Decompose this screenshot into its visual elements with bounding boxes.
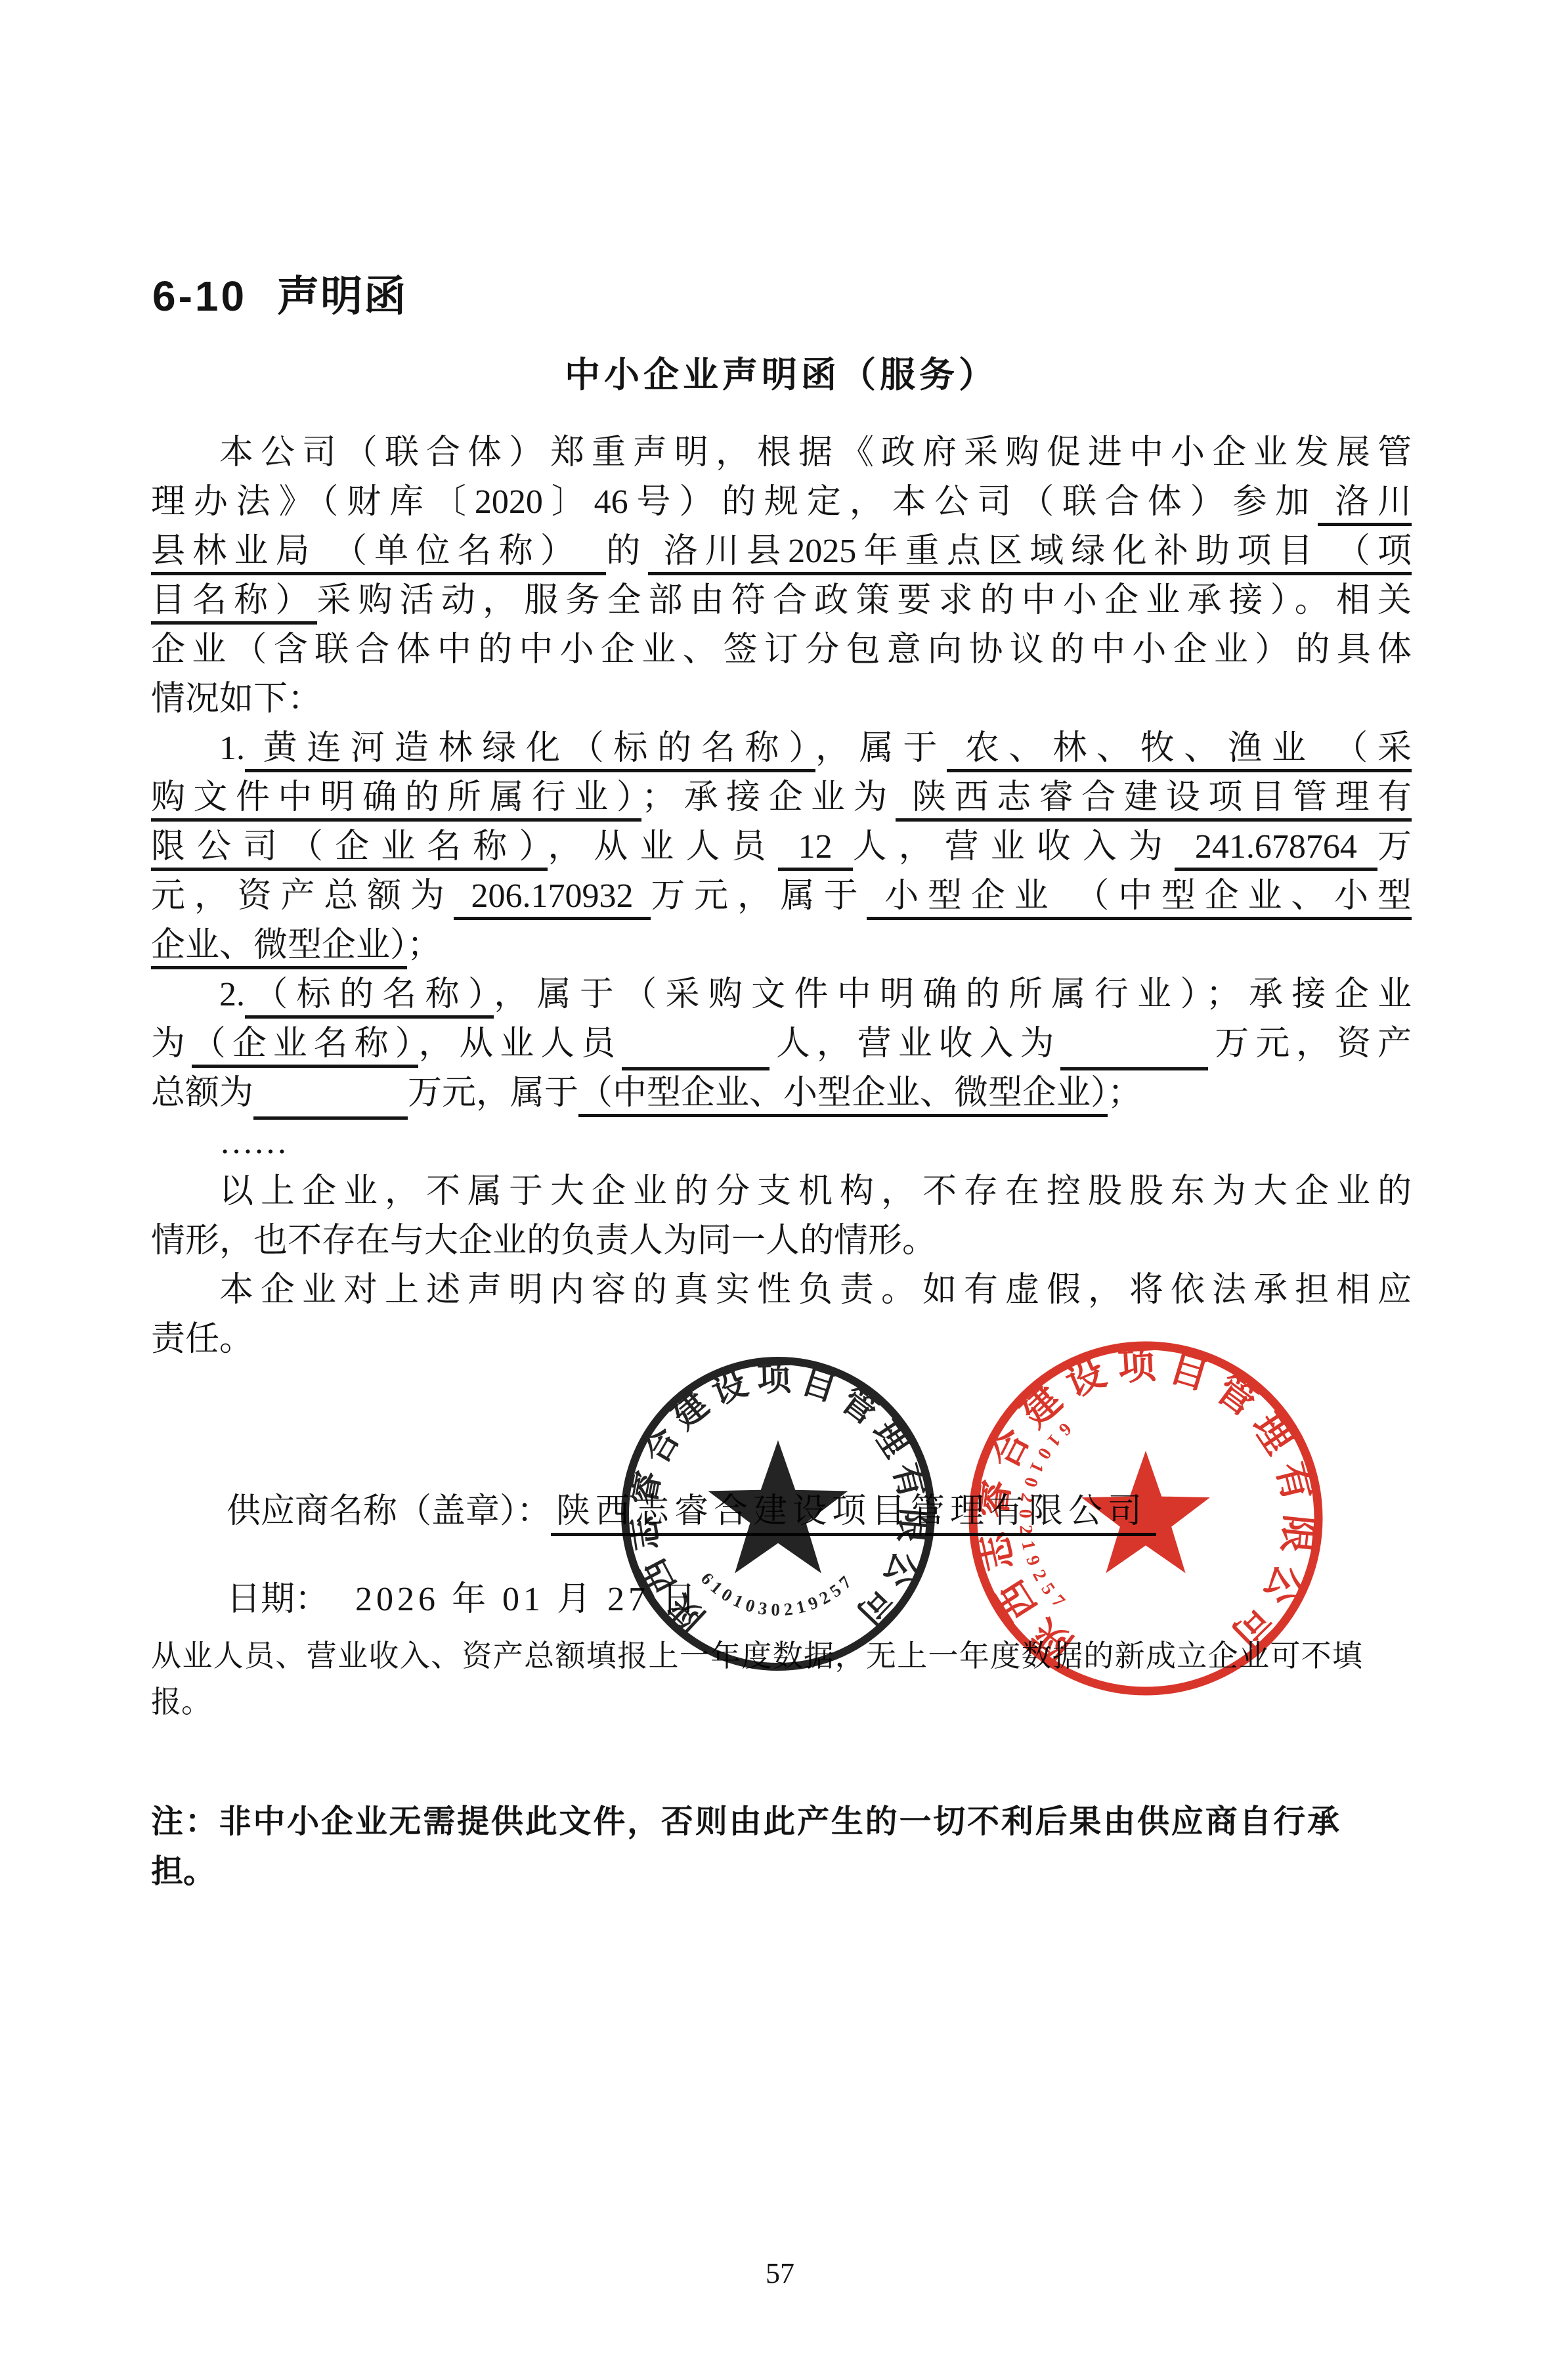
body-line: 县林业局 （单位名称） 的 洛川县2025年重点区域绿化补助项目 （项 [151,527,1412,576]
declaration-body: 本公司（联合体）郑重声明，根据《政府采购促进中小企业发展管理办法》（财库〔202… [151,428,1412,1364]
body-line: 元，资产总额为 206.170932 万元，属于 小型企业 （中型企业、小型 [151,871,1412,921]
supplier-label: 供应商名称（盖章）： [227,1493,551,1530]
section-number: 6-10 [152,273,247,320]
body-line: 总额为万元，属于（中型企业、小型企业、微型企业）； [151,1069,1412,1118]
body-line: 购文件中明确的所属行业）；承接企业为 陕西志睿合建设项目管理有 [151,773,1412,822]
seal-star-icon [708,1440,848,1574]
body-line: 企业（含联合体中的中小企业、签订分包意向协议的中小企业）的具体 [151,625,1412,674]
seal-star-icon [1081,1451,1210,1573]
date-label: 日期： [227,1581,329,1618]
company-seal-red: 陕西志睿合建设项目管理有限公司 6101020219257 [954,1327,1337,1713]
document-page: 6-10声明函 中小企业声明函（服务） 本公司（联合体）郑重声明，根据《政府采购… [0,0,1560,2380]
body-line: 企业、微型企业）； [151,921,1412,970]
body-line: 本企业对上述声明内容的真实性负责。如有虚假，将依法承担相应 [151,1266,1412,1315]
body-line: 本公司（联合体）郑重声明，根据《政府采购促进中小企业发展管 [151,428,1412,477]
footnote: 注：非中小企业无需提供此文件，否则由此产生的一切不利后果由供应商自行承担。 [151,1797,1339,1897]
section-heading: 6-10声明函 [152,263,407,323]
seal-number: 6101030219257 [697,1569,856,1620]
body-line: 目名称）采购活动，服务全部由符合政策要求的中小企业承接）。相关 [151,576,1412,625]
svg-text:6101030219257: 6101030219257 [697,1569,856,1620]
body-line: 限公司（企业名称），从业人员 12 人，营业收入为 241.678764 万 [151,822,1412,871]
body-line: 2.（标的名称），属于（采购文件中明确的所属行业）；承接企业 [151,970,1412,1019]
section-title: 声明函 [277,273,407,320]
body-line: 为（企业名称），从业人员人，营业收入为万元，资产 [151,1019,1412,1069]
body-line: …… [151,1118,1412,1167]
body-line: 理办法》（财库〔2020〕46号）的规定，本公司（联合体）参加 洛川 [151,477,1412,527]
document-title: 中小企业声明函（服务） [151,347,1412,397]
body-line: 情形，也不存在与大企业的负责人为同一人的情形。 [151,1216,1412,1266]
page-number: 57 [0,2257,1560,2290]
body-line: 情况如下： [151,674,1412,724]
company-seal-black: 陕西志睿合建设项目管理有限公司 6101030219257 [613,1345,943,1686]
body-line: 1. 黄连河造林绿化（标的名称），属于 农、林、牧、渔业 （采 [151,724,1412,773]
body-line: 以上企业，不属于大企业的分支机构，不存在控股股东为大企业的 [151,1167,1412,1216]
